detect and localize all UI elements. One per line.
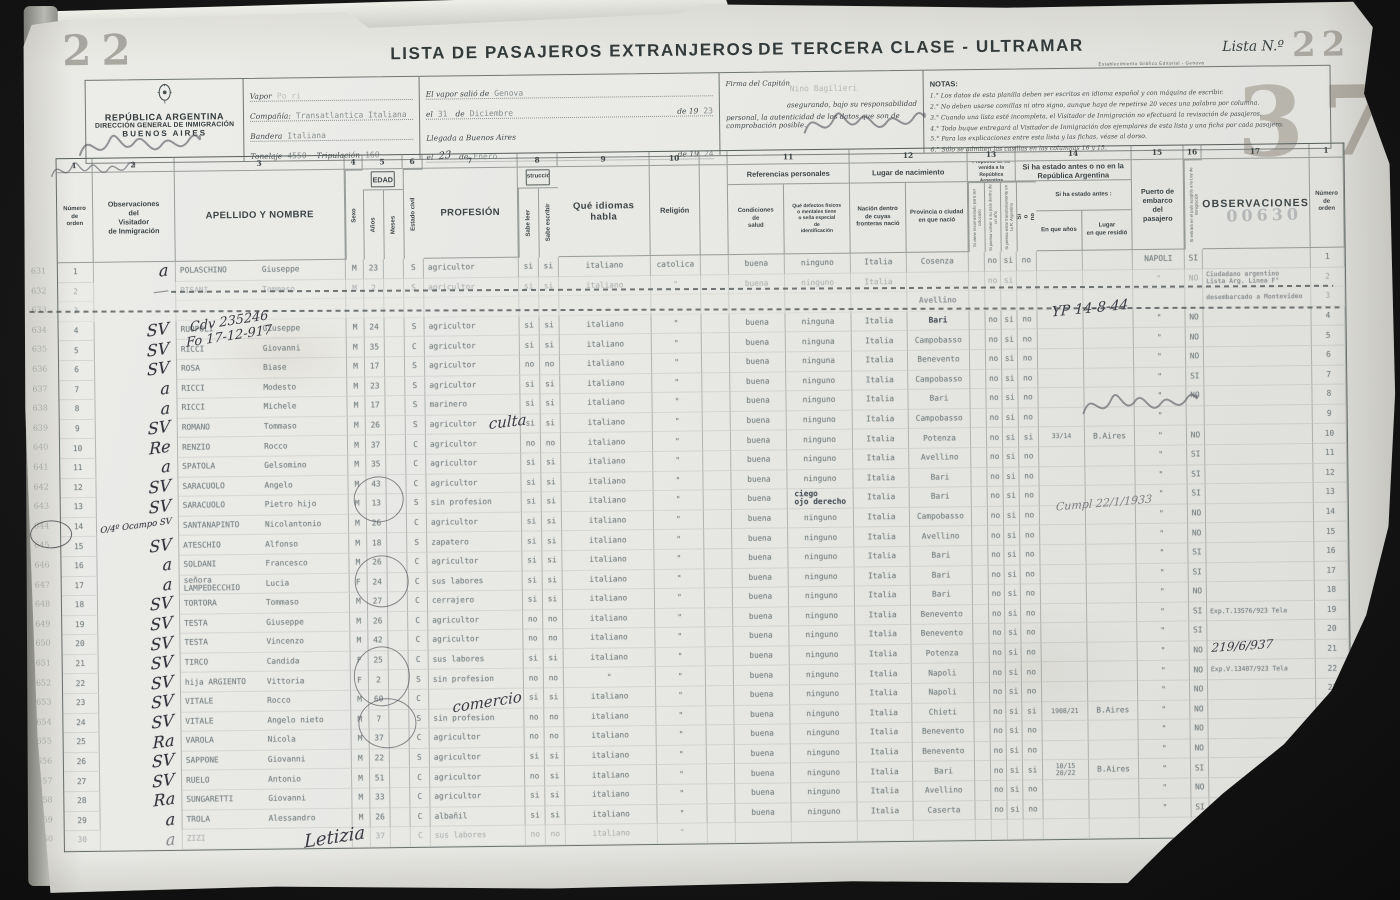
cell-p3: si — [1006, 683, 1022, 703]
surname: TESTA — [184, 638, 266, 647]
cell-na: Italia — [854, 508, 910, 528]
cell-so: no — [1020, 545, 1040, 565]
cell-idm: italiano — [562, 550, 654, 571]
cell-pf: agricultor — [427, 552, 522, 573]
cell-df: ninguno — [790, 665, 856, 685]
cell-pt: NAPOLI — [1133, 250, 1185, 270]
cell-ya — [1038, 329, 1084, 349]
cell-mk: a — [100, 810, 182, 831]
cell-pv: Campobasso — [908, 370, 970, 390]
given-name: Giovanni — [263, 344, 301, 353]
cell-ms — [388, 612, 408, 632]
cell-o: 18 — [62, 596, 98, 616]
cell-p2: no — [987, 408, 1003, 428]
cell-lg — [1089, 740, 1139, 760]
cell-so: si — [1023, 761, 1043, 781]
margin-serial-number: 639 — [33, 423, 59, 432]
cell-p2x — [975, 801, 991, 821]
cell-name: ROSABiase — [177, 358, 347, 380]
cell-idm: italiano — [562, 511, 654, 532]
surname: RENZIO — [182, 442, 264, 451]
cell-df: ninguno — [788, 528, 854, 548]
visitor-handwritten-mark: SV — [148, 419, 170, 439]
cell-idm: italiano — [562, 530, 654, 551]
cell-idm: italiano — [565, 785, 657, 806]
cell-sld: buena — [735, 803, 791, 823]
header-cell: 15 — [1131, 146, 1183, 161]
cell-p3: si — [1007, 781, 1023, 801]
cell-ob — [1210, 816, 1318, 837]
cell-le: no — [525, 767, 545, 787]
cell-sld — [736, 823, 792, 843]
header-cell: Lugar en que residió — [1082, 210, 1132, 251]
cell-name: RICCIModesto — [177, 377, 347, 399]
cell-sx: M — [352, 749, 370, 769]
cell-idm: italiano — [566, 824, 658, 845]
cell-o: 2 — [58, 282, 94, 302]
cell-df: ninguno — [787, 410, 853, 430]
cell-so: no — [1021, 565, 1041, 585]
cell-o2: 12 — [1313, 463, 1347, 483]
header-cell — [699, 151, 727, 165]
cell-ec: S — [406, 416, 426, 436]
cell-es: no — [544, 669, 564, 689]
cell-na: Italia — [853, 468, 909, 488]
cell-p2x — [975, 742, 991, 762]
cell-pt: " — [1135, 465, 1187, 485]
cell-rl: " — [653, 432, 703, 452]
cell-x — [704, 529, 732, 549]
cell-ec: S — [404, 259, 424, 279]
cell-sld: buena — [733, 568, 789, 588]
cell-name: POLASCHINOGiuseppe — [176, 260, 346, 282]
visitor-handwritten-mark: a — [161, 400, 171, 418]
cell-lg — [1085, 446, 1135, 466]
cell-ec: S — [404, 278, 424, 298]
cell-na: Italia — [851, 253, 907, 273]
cell-x — [705, 588, 733, 608]
surname: SOLDANI — [183, 560, 265, 569]
cell-pv: Bari — [911, 585, 973, 605]
cell-c16: SI — [1189, 563, 1207, 583]
cell-o2: 27 — [1317, 757, 1351, 777]
cell-es: si — [544, 688, 564, 708]
cell-mk: SV — [97, 536, 179, 557]
cell-p2x — [972, 507, 988, 527]
cell-p2: no — [986, 389, 1002, 409]
document-title: LISTA DE PASAJEROS EXTRANJEROS DE TERCER… — [18, 32, 1392, 49]
cell-pv: Caserta — [913, 801, 975, 821]
cell-p2: no — [990, 722, 1006, 742]
notas-box: NOTAS: 1.° Los datos de esta planilla de… — [923, 66, 1330, 153]
visitor-handwritten-mark: a — [162, 459, 172, 477]
header-cell: 7 — [422, 154, 517, 169]
cell-df: ninguno — [791, 802, 857, 822]
cell-le: si — [521, 453, 541, 473]
visitor-handwritten-mark: SV — [150, 536, 172, 556]
cell-sld: buena — [734, 646, 790, 666]
cell-o: 5 — [59, 341, 95, 361]
cell-p2x — [971, 409, 987, 429]
cell-rl: " — [652, 334, 702, 354]
cell-df: ninguno — [789, 567, 855, 587]
cell-ec: C — [408, 592, 428, 612]
cell-an: 24 — [364, 318, 384, 338]
header-cell: Lugar de nacimiento — [850, 162, 968, 183]
cell-so: no — [1023, 800, 1043, 820]
cell-pv: Bari — [909, 468, 971, 488]
cell-p2x — [970, 369, 986, 389]
cell-p2: no — [987, 428, 1003, 448]
cell-sld: buena — [735, 783, 791, 803]
cell-name: TIRCOCandida — [181, 652, 351, 674]
cell-pt — [1140, 818, 1192, 838]
cell-p2: no — [988, 546, 1004, 566]
cell-na: Italia — [854, 527, 910, 547]
cell-p3: si — [1002, 389, 1018, 409]
cell-sld: buena — [731, 450, 787, 470]
cell-df: ninguno — [790, 704, 856, 724]
cell-le: si — [522, 551, 542, 571]
cell-ob: Exp.V.13407/923 Tela — [1208, 659, 1316, 680]
cell-p2: no — [990, 702, 1006, 722]
cell-name: RENZIORocco — [178, 436, 348, 458]
header-cell — [700, 165, 729, 255]
cell-x — [703, 412, 731, 432]
margin-serial-number: 641 — [33, 462, 59, 471]
cell-p3: si — [1007, 800, 1023, 820]
cell-ec: C — [408, 611, 428, 631]
cell-idm: italiano — [559, 256, 651, 277]
visitor-handwritten-mark: Ra — [153, 791, 175, 811]
given-name: Nicolantonio — [265, 520, 321, 529]
cell-pf: agricultor — [430, 728, 525, 749]
cell-o2: 22 — [1316, 659, 1350, 679]
cell-le: no — [526, 826, 546, 846]
cell-c16: SI — [1185, 249, 1203, 269]
cell-ob — [1208, 679, 1316, 700]
cell-o2: 14 — [1314, 502, 1348, 522]
cell-o2: 30 — [1318, 816, 1352, 836]
document-page: 22 LISTA DE PASAJEROS EXTRANJEROS DE TER… — [18, 0, 1400, 897]
cell-es: no — [544, 727, 564, 747]
cell-es: no — [543, 629, 563, 649]
cell-pf: sin profesion — [427, 493, 522, 514]
cell-rl: " — [654, 510, 704, 530]
cell-sld: buena — [734, 705, 790, 725]
cell-o: 10 — [60, 439, 96, 459]
cell-pv: Benevento — [911, 605, 973, 625]
cell-pv: Bari — [910, 546, 972, 566]
cell-idm: italiano — [565, 805, 657, 826]
cell-ms — [391, 827, 411, 847]
cell-df: ciego ojo derecho — [788, 489, 854, 509]
cell-name: TROLAAlessandro — [182, 808, 352, 830]
cell-na: Italia — [857, 762, 913, 782]
cell-c16: NO — [1185, 308, 1203, 328]
signature-scrawl — [1022, 376, 1258, 431]
cell-ec: C — [408, 631, 428, 651]
cell-o2: 13 — [1314, 483, 1348, 503]
cell-idm: italiano — [563, 589, 655, 610]
cell-idm: italiano — [560, 334, 652, 355]
cell-es: si — [540, 394, 560, 414]
cell-pt: " — [1139, 778, 1191, 798]
cell-sx: M — [352, 769, 370, 789]
cell-ya — [1038, 349, 1084, 369]
cell-pf: agricultor — [430, 787, 525, 808]
cell-idm: italiano — [559, 276, 651, 297]
cell-es: no — [543, 610, 563, 630]
surname: SARACUOLO — [182, 481, 264, 490]
cell-ec: C — [408, 572, 428, 592]
cell-pv: Avellino — [913, 781, 975, 801]
cell-pv — [907, 272, 969, 292]
cell-x — [703, 431, 731, 451]
surname: señora LAMPEDECCHIO — [184, 575, 266, 592]
margin-serial-number: 649 — [35, 619, 61, 628]
cell-o2: 3 — [1311, 287, 1345, 307]
margin-serial-number: 653 — [36, 697, 62, 706]
cell-ya — [1042, 682, 1088, 702]
cell-so: no — [1017, 310, 1037, 330]
cell-df: ninguno — [789, 606, 855, 626]
cell-ob — [1209, 797, 1317, 818]
cell-rl: " — [653, 412, 703, 432]
header-cell: En que años — [1036, 211, 1082, 252]
cell-es: si — [541, 414, 561, 434]
cell-p2: no — [988, 526, 1004, 546]
cell-lg — [1087, 642, 1137, 662]
cell-na: Italia — [852, 351, 908, 371]
el-label: el — [426, 110, 433, 119]
cell-le: no — [523, 610, 543, 630]
cell-sx: M — [346, 318, 364, 338]
cell-an: 26 — [370, 808, 390, 828]
cell-es: no — [541, 433, 561, 453]
cell-pt: " — [1137, 602, 1189, 622]
cell-ec: S — [409, 670, 429, 690]
cell-ms — [390, 749, 410, 769]
margin-serial-number: 632 — [31, 286, 57, 295]
cell-mk: — — [94, 281, 176, 302]
cell-es: si — [540, 375, 560, 395]
cell-df — [792, 822, 858, 842]
cell-o: 7 — [59, 380, 95, 400]
cell-idm: italiano — [563, 570, 655, 591]
cell-idm: italiano — [561, 472, 653, 493]
given-name: Antonio — [268, 775, 301, 784]
cell-df: ninguno — [789, 587, 855, 607]
header-cell: 4 — [344, 156, 362, 170]
cell-lg — [1086, 544, 1136, 564]
cell-es: no — [544, 708, 564, 728]
cell-pv: Potenza — [909, 428, 971, 448]
margin-serial-number: 652 — [36, 678, 62, 687]
cell-p2x — [972, 526, 988, 546]
surname: TORTORA — [184, 599, 266, 608]
cell-c16: SI — [1189, 602, 1207, 622]
cell-rl: " — [657, 745, 707, 765]
cell-rl: " — [657, 765, 707, 785]
cell-idm — [559, 295, 651, 316]
cell-lg — [1089, 779, 1139, 799]
voyage-box: El vapor salió deGenova el31deDiciembred… — [420, 73, 721, 159]
cell-ec: C — [407, 553, 427, 573]
cell-x — [702, 333, 730, 353]
cell-an: 17 — [365, 396, 385, 416]
margin-serial-number: 634 — [32, 325, 58, 334]
cell-rl: " — [652, 353, 702, 373]
cell-idm: italiano — [565, 765, 657, 786]
cell-ob — [1204, 326, 1312, 347]
cell-name: SPATOLAGelsomino — [178, 456, 348, 478]
cell-p2x — [972, 546, 988, 566]
cell-ob — [1209, 757, 1317, 778]
cell-ec: C — [409, 690, 429, 710]
surname: ZIZI — [187, 834, 269, 843]
cell-p2: no — [989, 565, 1005, 585]
cell-o2: 10 — [1313, 424, 1347, 444]
visitor-handwritten-mark: SV — [149, 497, 171, 517]
cell-o: 30 — [65, 831, 101, 851]
cell-pf: agricultor — [428, 610, 523, 631]
margin-serial-number: 647 — [35, 580, 61, 589]
bandera-value: Italiana — [287, 131, 326, 140]
cell-ec: S — [405, 357, 425, 377]
cell-p3: si — [1003, 428, 1019, 448]
cell-pf: agricultor — [426, 473, 521, 494]
cell-p3: si — [1006, 643, 1022, 663]
cell-ya — [1042, 662, 1088, 682]
cell-mk: a — [101, 830, 183, 851]
cell-pv: Cosenza — [907, 252, 969, 272]
cell-idm: italiano — [560, 354, 652, 375]
cell-mk: SV — [96, 477, 178, 498]
cell-ms — [385, 396, 405, 416]
cell-df: ninguno — [786, 371, 852, 391]
cell-o: 8 — [59, 400, 95, 420]
cell-sx: M — [350, 632, 368, 652]
cell-c16: SI — [1189, 622, 1207, 642]
cell-ec: C — [407, 513, 427, 533]
cell-pt: " — [1139, 739, 1191, 759]
cell-df: ninguno — [787, 469, 853, 489]
cell-ec: C — [406, 455, 426, 475]
surname: RICCI — [181, 384, 263, 393]
cell-es: no — [546, 825, 566, 845]
cell-ec: S — [407, 494, 427, 514]
cell-na: Italia — [854, 488, 910, 508]
cell-pf: sus labores — [431, 826, 526, 847]
cell-o2: 4 — [1311, 306, 1345, 326]
cell-sld: buena — [731, 431, 787, 451]
cell-es: si — [545, 747, 565, 767]
cell-lg — [1087, 622, 1137, 642]
cell-es: si — [539, 316, 559, 336]
cell-p2: no — [989, 624, 1005, 644]
cell-na: Italia — [851, 272, 907, 292]
cell-o2: 25 — [1316, 718, 1350, 738]
cell-pf: zapatero — [427, 532, 522, 553]
header-cell: Sexo — [345, 170, 364, 260]
cell-sld: buena — [731, 470, 787, 490]
given-name: Rocco — [264, 442, 288, 450]
cell-so: no — [1018, 349, 1038, 369]
margin-serial-number: 646 — [34, 560, 60, 569]
cell-x — [705, 569, 733, 589]
cell-an: 37 — [371, 827, 391, 847]
cell-rl: " — [654, 549, 704, 569]
margin-serial-number: 650 — [35, 639, 61, 648]
salida-month: Diciembre — [470, 109, 513, 119]
header-cell: Nación dentro de cuyas fronteras nació — [850, 183, 907, 254]
cell-ob — [1207, 581, 1315, 602]
cell-o2: 23 — [1316, 679, 1350, 699]
cell-ya — [1041, 603, 1087, 623]
cell-idm: italiano — [561, 452, 653, 473]
cell-ob — [1205, 463, 1313, 484]
cell-le: si — [519, 277, 539, 297]
cell-pt: " — [1133, 308, 1185, 328]
cell-p2x — [976, 820, 992, 840]
header-cell: PROFESIÓN — [423, 168, 519, 259]
cell-ya — [1039, 447, 1085, 467]
cell-p2: no — [990, 663, 1006, 683]
cell-p3: si — [1006, 722, 1022, 742]
bandera-label: Bandera — [250, 132, 282, 141]
cell-pt: " — [1138, 720, 1190, 740]
cell-ya — [1037, 251, 1083, 271]
cell-ya: 1908/21 — [1042, 701, 1088, 721]
cell-pv: Benevento — [911, 624, 973, 644]
cell-pt: " — [1137, 641, 1189, 661]
surname: VITALE — [185, 697, 267, 706]
cell-sld: buena — [732, 529, 788, 549]
cell-ec: S — [405, 376, 425, 396]
cell-o: 13 — [61, 498, 97, 518]
cell-ec: C — [410, 768, 430, 788]
visitor-handwritten-mark: Re — [150, 438, 171, 458]
cell-pt: " — [1134, 328, 1186, 348]
cell-x — [704, 490, 732, 510]
cell-o2: 21 — [1315, 639, 1349, 659]
cell-ms — [390, 808, 410, 828]
cell-x — [701, 255, 729, 275]
cell-o2: 15 — [1314, 522, 1348, 542]
cell-na: Italia — [851, 312, 907, 332]
cell-le: si — [525, 786, 545, 806]
header-cell: Si o no — [1016, 181, 1037, 251]
cell-df: ninguno — [790, 685, 856, 705]
cell-p2x — [970, 389, 986, 409]
surname: ROSA — [181, 364, 263, 373]
surname: TROLA — [187, 815, 269, 824]
cell-na: Italia — [857, 743, 913, 763]
cell-le: si — [522, 493, 542, 513]
cell-so: no — [1023, 780, 1043, 800]
cell-rl: " — [655, 628, 705, 648]
cell-rl: " — [656, 686, 706, 706]
cell-c16: SI — [1187, 465, 1205, 485]
cell-o: 20 — [62, 635, 98, 655]
cell-lg: B.Aires — [1089, 760, 1139, 780]
cell-pv: Campobasso — [908, 331, 970, 351]
cell-o2: 11 — [1313, 443, 1347, 463]
header-cell: Qué idiomas habla — [558, 166, 651, 257]
cell-es: si — [544, 649, 564, 669]
cell-o: 25 — [64, 733, 100, 753]
